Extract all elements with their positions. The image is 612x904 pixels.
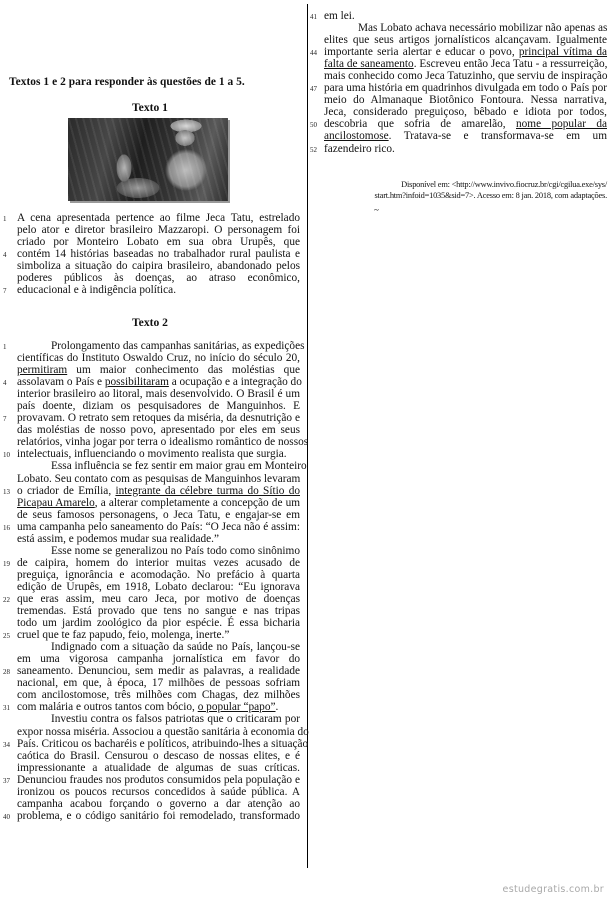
line-text: Lobato. Seu contato com as pesquisas de … [17, 473, 300, 485]
line-text: tremendas. Está provado que tens no sang… [17, 605, 300, 617]
text-line: falta de saneamento. Escreveu então Jeca… [324, 58, 607, 70]
text-line: preguiça, ignorância e acomodação. No pr… [17, 569, 300, 581]
texto2-left-column: 1Prolongamento das campanhas sanitárias,… [17, 340, 300, 822]
line-text: de caipira, homem do interior muitas vez… [17, 557, 300, 569]
text-line: 4assolavam o País e possibilitaram a ocu… [17, 376, 300, 388]
line-text: problema, e o código sanitário foi remod… [17, 810, 300, 822]
source-line-2: start.htm?infoid=1035&sid=7>. Acesso em:… [318, 191, 607, 202]
stray-mark: ~ [374, 205, 379, 215]
text-line: elites que seus artigos jornalísticos al… [324, 34, 607, 46]
line-text: nacional, em que, à época, 17 milhões de… [17, 677, 300, 689]
line-text: poderes públicos às doenças, ao atraso e… [17, 272, 300, 284]
text-line: pelo ator e diretor brasileiro Mazzaropi… [17, 224, 300, 236]
line-text: campanha acabou forçando o governo a dar… [17, 798, 300, 810]
text-line: 7provavam. O retrato sem retoques da mis… [17, 412, 300, 424]
line-text: saneamento. Denunciou, sem medir as pala… [17, 665, 300, 677]
line-text: elites que seus artigos jornalísticos al… [324, 34, 607, 46]
line-number: 19 [3, 558, 13, 570]
text-line: 31com malária e outros tantos com bócio,… [17, 701, 300, 713]
line-text: Indignado com a situação da saúde no Paí… [17, 641, 300, 653]
text-line: mais conhecido como Jeca Tatuzinho, que … [324, 70, 607, 82]
line-text: intelectuais, influenciando o movimento … [17, 448, 287, 460]
line-number: 1 [3, 213, 13, 225]
text-line: de seus famosos personagens, o Jeca Tatu… [17, 509, 300, 521]
line-text: educacional e à indigência política. [17, 284, 176, 296]
line-text: impressionante a atualidade de algumas d… [17, 762, 300, 774]
text-line: país doente, diziam os pesquisadores de … [17, 400, 300, 412]
line-number: 13 [3, 486, 13, 498]
text-line: Mas Lobato achava necessário mobilizar n… [324, 22, 607, 34]
text-line: 50descobria que sofria de amarelão, nome… [324, 118, 607, 130]
line-number: 37 [3, 775, 13, 787]
text-line: 13o criador de Emília, integrante da cél… [17, 485, 300, 497]
text-line: permitiram um maior conhecimento das mol… [17, 364, 300, 376]
text-line: Investiu contra os falsos patriotas que … [17, 713, 300, 725]
line-number: 7 [3, 413, 13, 425]
text-line: todo um jardim zoológico da pior espécie… [17, 617, 300, 629]
line-text: interior brasileiro ao litoral, mais des… [17, 388, 300, 400]
texto1-paragraph: 1A cena apresentada pertence ao filme Je… [17, 212, 300, 296]
line-text: para uma história em quadrinhos divulgad… [324, 82, 607, 94]
text-line: 4contém 14 histórias baseadas no trabalh… [17, 248, 300, 260]
underlined-phrase: ancilostomose [324, 130, 389, 142]
line-text: uma campanha pelo saneamento do País: “O… [17, 521, 300, 533]
text-line: 44importante seria alertar e educar o po… [324, 46, 607, 58]
line-text: fazendeiro rico. [324, 143, 395, 155]
line-text: Esse nome se generalizou no País todo co… [17, 545, 300, 557]
texto2-right-column: 41em lei.Mas Lobato achava necessário mo… [324, 10, 607, 155]
line-text: Mas Lobato achava necessário mobilizar n… [324, 22, 607, 34]
line-text: Investiu contra os falsos patriotas que … [17, 713, 300, 725]
line-text: permitiram um maior conhecimento das mol… [17, 364, 300, 376]
line-text: caótica do Brasil. Censurou o descaso de… [17, 750, 300, 762]
source-line-1: Disponível em: <http://www.invivo.fiocru… [318, 180, 607, 191]
line-number: 4 [3, 377, 13, 389]
text-line: 7educacional e à indigência política. [17, 284, 300, 296]
text-line: 10intelectuais, influenciando o moviment… [17, 448, 300, 460]
line-text: em lei. [324, 10, 355, 22]
line-text: Picapau Amarelo, a alterar completamente… [17, 497, 300, 509]
text-line: nacional, em que, à época, 17 milhões de… [17, 677, 300, 689]
text-line: 40problema, e o código sanitário foi rem… [17, 810, 300, 822]
line-text: que eras assim, meu caro Jeca, por motiv… [17, 593, 300, 605]
watermark: estudegratis.com.br [503, 884, 604, 895]
line-text: o criador de Emília, integrante da céleb… [17, 485, 300, 497]
instruction-heading: Textos 1 e 2 para responder às questões … [9, 76, 245, 88]
line-text: edição de Urupês, em 1918, Lobato declar… [17, 581, 300, 593]
text-line: com ancilostomose, três milhões com Chag… [17, 689, 300, 701]
line-text: descobria que sofria de amarelão, nome p… [324, 118, 607, 130]
text-line: caótica do Brasil. Censurou o descaso de… [17, 750, 300, 762]
text-line: ironizou os poucos recursos concedidos à… [17, 786, 300, 798]
line-text: está assim, e podemos mudar sua realidad… [17, 533, 219, 545]
text-line: simboliza a situação do caipira brasilei… [17, 260, 300, 272]
underlined-phrase: integrante da célebre turma do Sítio do [115, 485, 300, 497]
line-text: pelo ator e diretor brasileiro Mazzaropi… [17, 224, 300, 236]
line-text: relatórios, vinha jogar por terra o idea… [17, 436, 300, 448]
line-text: país doente, diziam os pesquisadores de … [17, 400, 300, 412]
underlined-phrase: permitiram [17, 364, 67, 376]
jeca-tatu-film-still-image [68, 118, 228, 201]
underlined-phrase: falta de saneamento [324, 58, 414, 70]
line-text: importante seria alertar e educar o povo… [324, 46, 607, 58]
line-number: 22 [3, 594, 13, 606]
text-line: Essa influência se fez sentir em maior g… [17, 460, 300, 472]
text-line: 28saneamento. Denunciou, sem medir as pa… [17, 665, 300, 677]
text-line: tremendas. Está provado que tens no sang… [17, 605, 300, 617]
text-line: em uma vigorosa campanha jornalística em… [17, 653, 300, 665]
text-line: 1A cena apresentada pertence ao filme Je… [17, 212, 300, 224]
text-line: 47para uma história em quadrinhos divulg… [324, 82, 607, 94]
line-text: preguiça, ignorância e acomodação. No pr… [17, 569, 300, 581]
line-text: com malária e outros tantos com bócio, o… [17, 701, 278, 713]
line-text: contém 14 histórias baseadas no trabalha… [17, 248, 300, 260]
line-number: 31 [3, 702, 13, 714]
text-line: edição de Urupês, em 1918, Lobato declar… [17, 581, 300, 593]
text-line: ancilostomose. Tratava-se e transformava… [324, 130, 607, 142]
line-number: 47 [310, 83, 320, 95]
text-line: 52fazendeiro rico. [324, 143, 607, 155]
text-line: Esse nome se generalizou no País todo co… [17, 545, 300, 557]
line-text: com ancilostomose, três milhões com Chag… [17, 689, 300, 701]
line-number: 44 [310, 47, 320, 59]
line-text: ironizou os poucos recursos concedidos à… [17, 786, 300, 798]
line-number: 41 [310, 11, 320, 23]
line-text: todo um jardim zoológico da pior espécie… [17, 617, 300, 629]
line-number: 28 [3, 666, 13, 678]
line-text: ancilostomose. Tratava-se e transformava… [324, 130, 607, 142]
line-text: Jeca, considerado preguiçoso, bêbado e i… [324, 106, 607, 118]
line-number: 52 [310, 144, 320, 156]
text-line: relatórios, vinha jogar por terra o idea… [17, 436, 300, 448]
line-text: falta de saneamento. Escreveu então Jeca… [324, 58, 607, 70]
text-line: 16uma campanha pelo saneamento do País: … [17, 521, 300, 533]
text-line: está assim, e podemos mudar sua realidad… [17, 533, 300, 545]
line-text: A cena apresentada pertence ao filme Jec… [17, 212, 300, 224]
texto1-title: Texto 1 [0, 101, 300, 114]
underlined-phrase: principal vítima da [519, 46, 607, 58]
underlined-phrase: nome popular da [516, 118, 607, 130]
line-text: País. Criticou os bacharéis e políticos,… [17, 738, 300, 750]
text-line: 37Denunciou fraudes nos produtos consumi… [17, 774, 300, 786]
line-number: 4 [3, 249, 13, 261]
line-number: 16 [3, 522, 13, 534]
line-text: em uma vigorosa campanha jornalística em… [17, 653, 300, 665]
text-line: poderes públicos às doenças, ao atraso e… [17, 272, 300, 284]
text-line: 19de caipira, homem do interior muitas v… [17, 557, 300, 569]
text-line: 25cruel que te faz papudo, feio, molenga… [17, 629, 300, 641]
text-line: impressionante a atualidade de algumas d… [17, 762, 300, 774]
source-citation: Disponível em: <http://www.invivo.fiocru… [318, 180, 607, 201]
line-text: expor nossa miséria. Associou a questão … [17, 726, 300, 738]
line-text: criado por Monteiro Lobato em sua obra U… [17, 236, 300, 248]
line-text: das moléstias de nosso povo, apresentado… [17, 424, 300, 436]
line-number: 10 [3, 449, 13, 461]
text-line: das moléstias de nosso povo, apresentado… [17, 424, 300, 436]
text-line: expor nossa miséria. Associou a questão … [17, 726, 300, 738]
texto2-title: Texto 2 [0, 316, 300, 329]
line-text: científicas do Instituto Oswaldo Cruz, n… [17, 352, 300, 364]
text-line: meio do Almanaque Biotônico Fontoura. Ne… [324, 94, 607, 106]
line-text: mais conhecido como Jeca Tatuzinho, que … [324, 70, 607, 82]
text-line: campanha acabou forçando o governo a dar… [17, 798, 300, 810]
underlined-phrase: Picapau Amarelo [17, 497, 95, 509]
text-line: criado por Monteiro Lobato em sua obra U… [17, 236, 300, 248]
underlined-phrase: o popular “papo” [198, 701, 276, 713]
text-line: Picapau Amarelo, a alterar completamente… [17, 497, 300, 509]
line-text: assolavam o País e possibilitaram a ocup… [17, 376, 300, 388]
line-number: 1 [3, 341, 13, 353]
text-line: interior brasileiro ao litoral, mais des… [17, 388, 300, 400]
underlined-phrase: possibilitaram [105, 376, 169, 388]
line-text: meio do Almanaque Biotônico Fontoura. Ne… [324, 94, 607, 106]
line-number: 25 [3, 630, 13, 642]
text-line: científicas do Instituto Oswaldo Cruz, n… [17, 352, 300, 364]
line-number: 34 [3, 739, 13, 751]
line-number: 50 [310, 119, 320, 131]
text-line: Jeca, considerado preguiçoso, bêbado e i… [324, 106, 607, 118]
line-number: 40 [3, 811, 13, 823]
line-text: simboliza a situação do caipira brasilei… [17, 260, 300, 272]
line-text: Prolongamento das campanhas sanitárias, … [17, 340, 300, 352]
text-line: 1Prolongamento das campanhas sanitárias,… [17, 340, 300, 352]
text-line: Indignado com a situação da saúde no Paí… [17, 641, 300, 653]
text-line: 22que eras assim, meu caro Jeca, por mot… [17, 593, 300, 605]
text-line: Lobato. Seu contato com as pesquisas de … [17, 473, 300, 485]
line-text: Denunciou fraudes nos produtos consumido… [17, 774, 300, 786]
line-text: Essa influência se fez sentir em maior g… [17, 460, 300, 472]
text-line: 41em lei. [324, 10, 607, 22]
line-text: de seus famosos personagens, o Jeca Tatu… [17, 509, 300, 521]
line-text: provavam. O retrato sem retoques da misé… [17, 412, 300, 424]
text-line: 34País. Criticou os bacharéis e político… [17, 738, 300, 750]
line-text: cruel que te faz papudo, feio, molenga, … [17, 629, 229, 641]
line-number: 7 [3, 285, 13, 297]
